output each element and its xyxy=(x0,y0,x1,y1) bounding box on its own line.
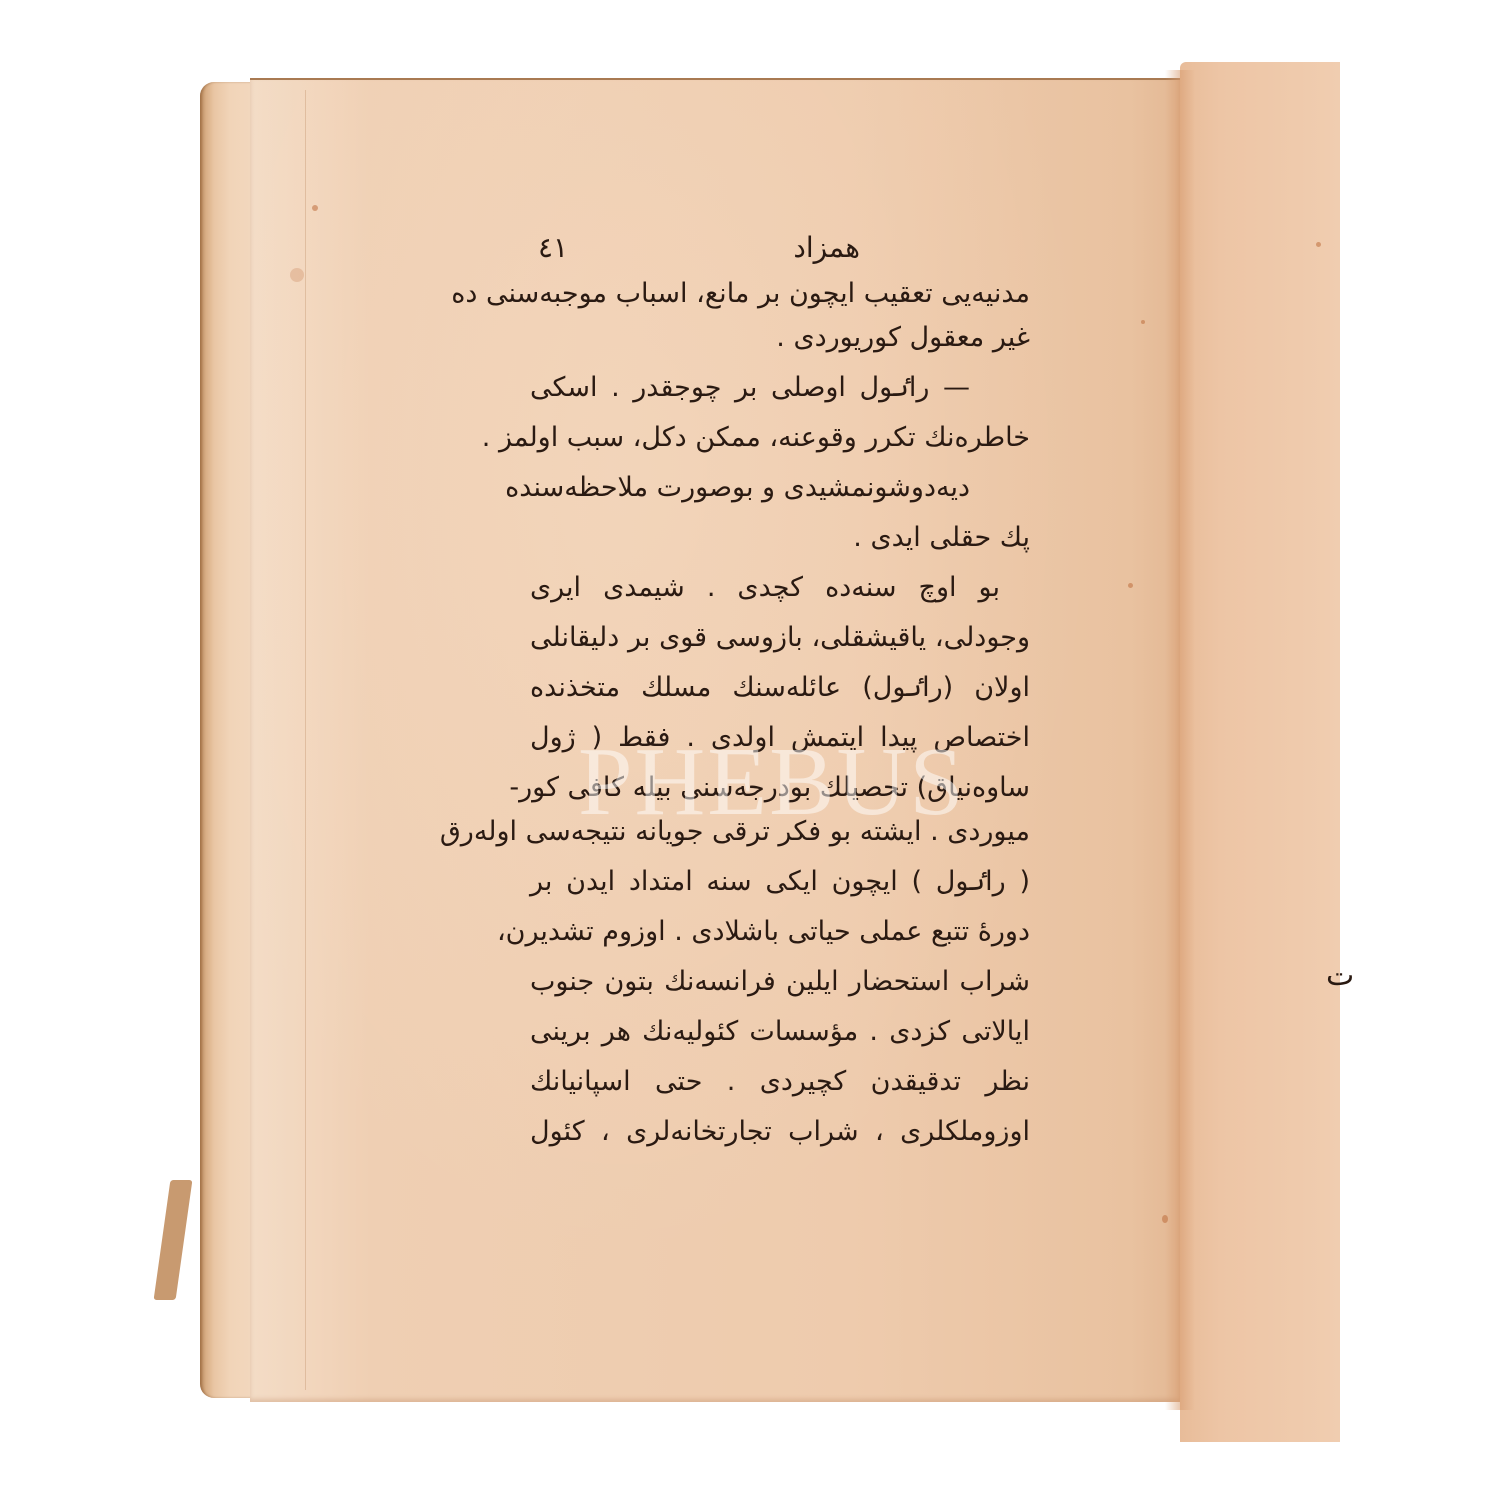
text-line: ایالاتی کزدی . مؤسسات کئولیه‌نك هر برینی xyxy=(530,1010,1030,1054)
text-line: ساوه‌نیاق) تحصیلك بودرجه‌سنی بیله کافی ک… xyxy=(530,766,1030,810)
foxing-spot xyxy=(290,268,304,282)
text-line: پك حقلی ایدی . xyxy=(530,516,1030,560)
text-line: دیه‌دوشونمشیدی و بوصورت ملاحظه‌سنده xyxy=(530,466,1030,510)
text-line: اوزوملکلری ، شراب تجارتخانه‌لری ، کئول xyxy=(530,1110,1030,1154)
text-line: غیر معقول کوریوردی . xyxy=(530,316,1030,360)
text-line: مدنیه‌یی تعقیب ایچون بر مانع، اسباب موجب… xyxy=(530,272,1030,316)
foxing-spot xyxy=(1128,583,1133,588)
text-line: اولان (راٸول) عائله‌سنك مسلك متخذنده xyxy=(530,666,1030,710)
book-gutter xyxy=(1165,70,1195,1410)
text-line: دورۀ تتبع عملی حیاتی باشلادی . اوزوم تشد… xyxy=(530,910,1030,954)
running-head: همزاد ٤١ xyxy=(530,228,1030,272)
text-line: وجودلی، یاقیشقلی، بازوسی قوی بر دلیقانلی xyxy=(530,616,1030,660)
page-fold-line xyxy=(305,90,306,1390)
open-book-photo: همزاد ٤١ مدنیه‌یی تعقیب ایچون بر مانع، ا… xyxy=(0,0,1500,1500)
text-line: نظر تدقیقدن کچیردی . حتی اسپانیانك xyxy=(530,1060,1030,1104)
text-line: شراب استحضار ایلین فرانسه‌نك بتون جنوب xyxy=(530,960,1030,1004)
text-line: خاطره‌نك تکرر وقوعنه، ممکن دکل، سبب اولم… xyxy=(530,416,1030,460)
foxing-spot xyxy=(1141,320,1145,324)
page-number: ٤١ xyxy=(538,228,568,268)
torn-page-flap xyxy=(154,1180,193,1300)
right-page xyxy=(1180,62,1340,1442)
text-line: میوردی . ایشته بو فکر ترقی جویانه نتیجه‌… xyxy=(530,810,1030,854)
foxing-spot xyxy=(1162,1215,1168,1223)
page-text-block: همزاد ٤١ مدنیه‌یی تعقیب ایچون بر مانع، ا… xyxy=(530,228,1030,1154)
foxing-spot xyxy=(312,205,318,211)
text-line: بو اوچ سنه‌ده کچدی . شیمدی ایری xyxy=(530,566,1030,610)
facing-page-text-fragment: ت xyxy=(1326,958,1354,993)
running-head-title: همزاد xyxy=(793,228,860,268)
text-line: ( راٸول ) ایچون ایکی سنه امتداد ایدن بر xyxy=(530,860,1030,904)
text-line: اختصاص پیدا ایتمش اولدی . فقط ( ژول xyxy=(530,716,1030,760)
foxing-spot xyxy=(1316,242,1321,247)
text-line: — راٸول اوصلی بر چوجقدر . اسکی xyxy=(530,366,1030,410)
